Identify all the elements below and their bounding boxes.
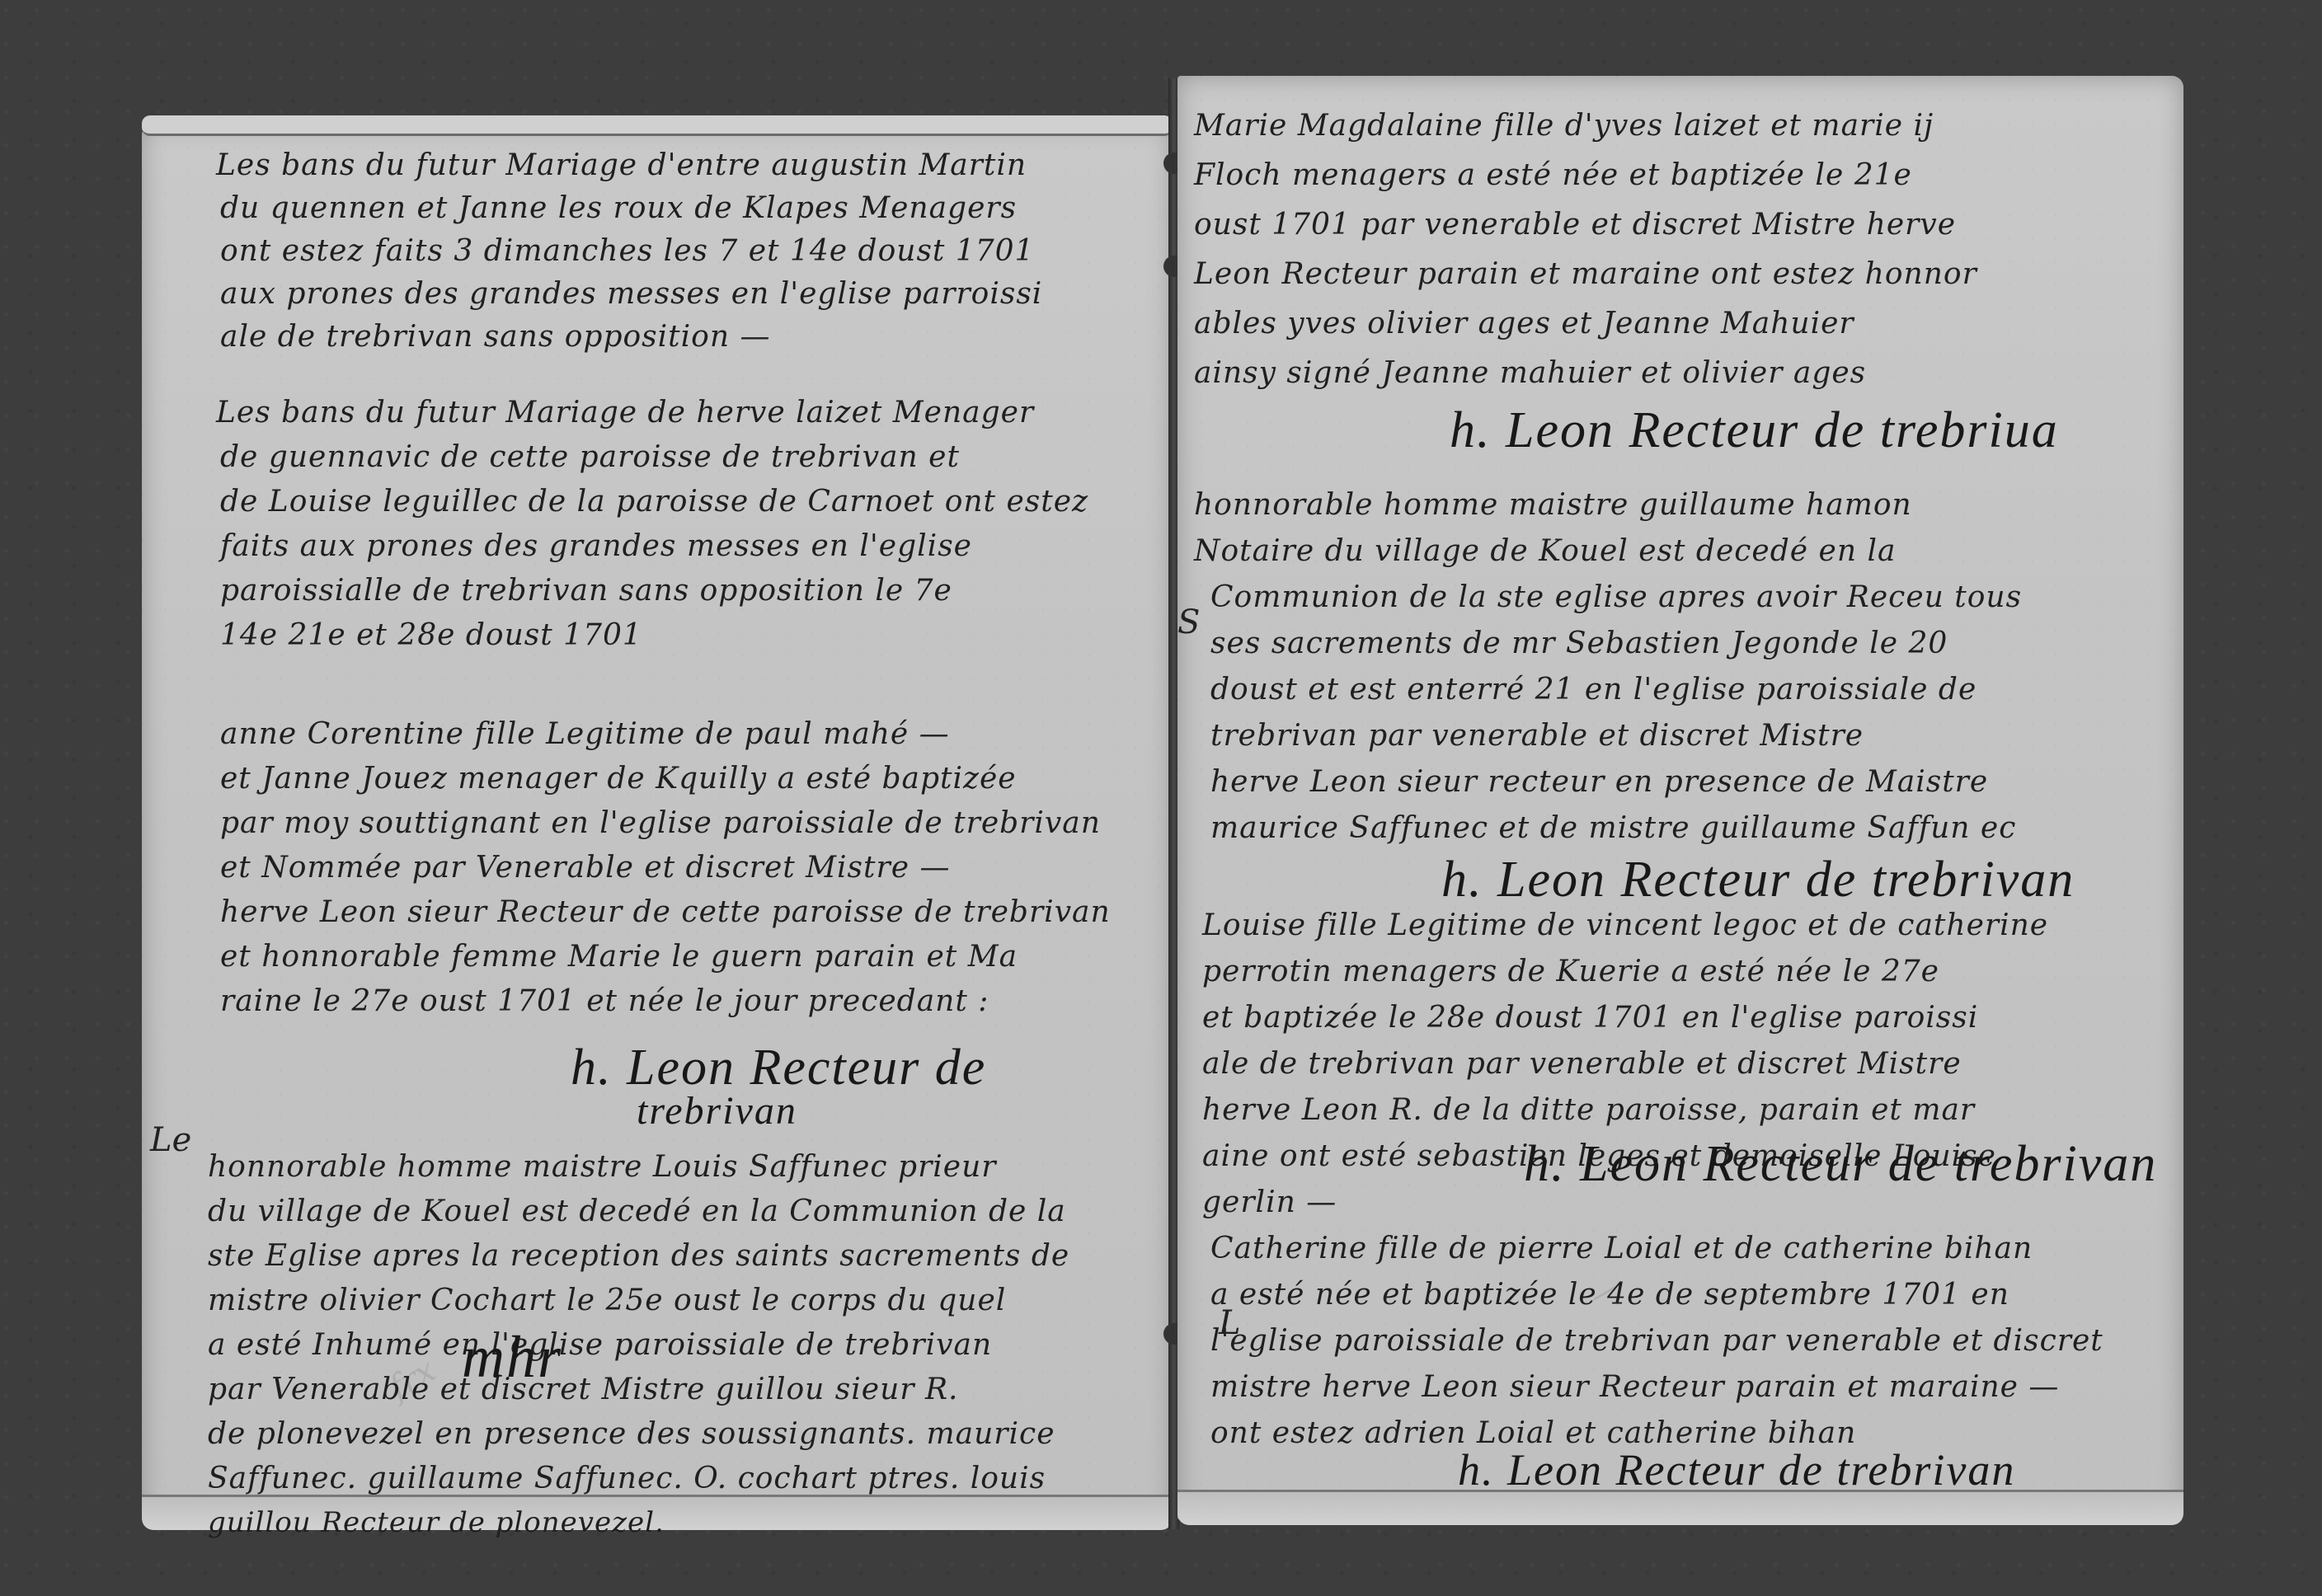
text-line: ont estez faits 3 dimanches les 7 et 14e…	[220, 234, 1034, 268]
text-line: ainsy signé Jeanne mahuier et olivier ag…	[1194, 356, 1866, 390]
text-line: ste Eglise apres la reception des saints…	[208, 1239, 1069, 1273]
text-line: a esté née et baptizée le 4e de septembr…	[1210, 1278, 2009, 1312]
text-line: trebrivan par venerable et discret Mistr…	[1210, 719, 1864, 753]
text-line: 14e 21e et 28e doust 1701	[220, 618, 642, 652]
text-line: herve Leon sieur recteur en presence de …	[1210, 765, 1988, 799]
text-line: ses sacrements de mr Sebastien Jegonde l…	[1210, 627, 1948, 660]
text-line: Louise fille Legitime de vincent legoc e…	[1202, 908, 2048, 942]
text-line: Marie Magdalaine fille d'yves laizet et …	[1194, 109, 1934, 143]
margin-note: Le	[150, 1121, 191, 1159]
signature-leon: h. Leon Recteur de trebrivan	[1524, 1135, 2157, 1194]
text-line: guillou Recteur de plonevezel.	[208, 1506, 665, 1539]
text-line: Catherine fille de pierre Loial et de ca…	[1210, 1232, 2033, 1265]
signature-leon: h. Leon Recteur de trebriua	[1450, 401, 2059, 460]
text-line: du quennen et Janne les roux de Klapes M…	[220, 191, 1017, 225]
text-line: de plonevezel en presence des soussignan…	[208, 1417, 1055, 1451]
text-line: anne Corentine fille Legitime de paul ma…	[220, 717, 950, 751]
signature-scrawl: mhr	[462, 1323, 562, 1392]
text-line: faits aux prones des grandes messes en l…	[220, 529, 972, 563]
text-line: Saffunec. guillaume Saffunec. O. cochart…	[208, 1462, 1046, 1495]
text-line: Leon Recteur parain et maraine ont estez…	[1194, 257, 1977, 291]
text-line: Notaire du village de Kouel est decedé e…	[1194, 534, 1896, 568]
text-line: Les bans du futur Mariage d'entre august…	[216, 148, 1027, 182]
text-line: honnorable homme maistre guillaume hamon	[1194, 488, 1912, 522]
text-line: par Venerable et discret Mistre guillou …	[208, 1373, 959, 1406]
text-line: mistre olivier Cochart le 25e oust le co…	[208, 1284, 1006, 1317]
signature-leon: h. Leon Recteur de trebrivan	[1441, 851, 2075, 909]
text-line: oust 1701 par venerable et discret Mistr…	[1194, 208, 1956, 242]
text-line: de Louise leguillec de la paroisse de Ca…	[220, 485, 1088, 519]
text-line: herve Leon R. de la ditte paroisse, para…	[1202, 1093, 1975, 1127]
text-line: aux prones des grandes messes en l'eglis…	[220, 277, 1042, 311]
page-top-edge	[142, 115, 1173, 136]
text-line: herve Leon sieur Recteur de cette parois…	[220, 895, 1111, 929]
text-line: l'eglise paroissiale de trebrivan par ve…	[1210, 1324, 2103, 1358]
text-line: Communion de la ste eglise apres avoir R…	[1210, 580, 2022, 614]
text-line: Les bans du futur Mariage de herve laize…	[216, 396, 1034, 430]
left-page: frx Les bans du futur Mariage d'entre au…	[142, 124, 1173, 1525]
text-line: de guennavic de cette paroisse de trebri…	[220, 440, 960, 474]
text-line: paroissialle de trebrivan sans oppositio…	[220, 574, 952, 608]
text-line: et honnorable femme Marie le guern parai…	[220, 940, 1018, 974]
text-line: du village de Kouel est decedé en la Com…	[208, 1195, 1066, 1228]
signature-leon: h. Leon Recteur de trebrivan	[1458, 1444, 2015, 1495]
text-line: mistre herve Leon sieur Recteur parain e…	[1210, 1370, 2059, 1404]
text-line: et Nommée par Venerable et discret Mistr…	[220, 851, 950, 885]
text-line: et baptizée le 28e doust 1701 en l'eglis…	[1202, 1001, 1978, 1035]
text-line: doust et est enterré 21 en l'eglise paro…	[1210, 673, 1977, 706]
text-line: gerlin —	[1202, 1185, 1337, 1219]
text-line: ale de trebrivan sans opposition —	[220, 320, 770, 354]
right-page: — Marie Magdalaine fille d'yves laizet e…	[1177, 76, 2183, 1520]
signature-leon-place: trebrivan	[637, 1088, 797, 1134]
text-line: ables yves olivier ages et Jeanne Mahuie…	[1194, 307, 1854, 340]
text-line: raine le 27e oust 1701 et née le jour pr…	[220, 984, 989, 1018]
text-line: et Janne Jouez menager de Kquilly a esté…	[220, 762, 1017, 796]
text-line: a esté Inhumé en l'eglise paroissiale de…	[208, 1328, 992, 1362]
text-line: par moy souttignant en l'eglise paroissi…	[220, 806, 1101, 840]
text-line: Floch menagers a esté née et baptizée le…	[1194, 158, 1912, 192]
text-line: perrotin menagers de Kuerie a esté née l…	[1202, 955, 1939, 988]
text-line: ale de trebrivan par venerable et discre…	[1202, 1047, 1962, 1081]
margin-note: S	[1177, 603, 1200, 641]
text-line: honnorable homme maistre Louis Saffunec …	[208, 1150, 997, 1184]
text-line: maurice Saffunec et de mistre guillaume …	[1210, 811, 2016, 845]
